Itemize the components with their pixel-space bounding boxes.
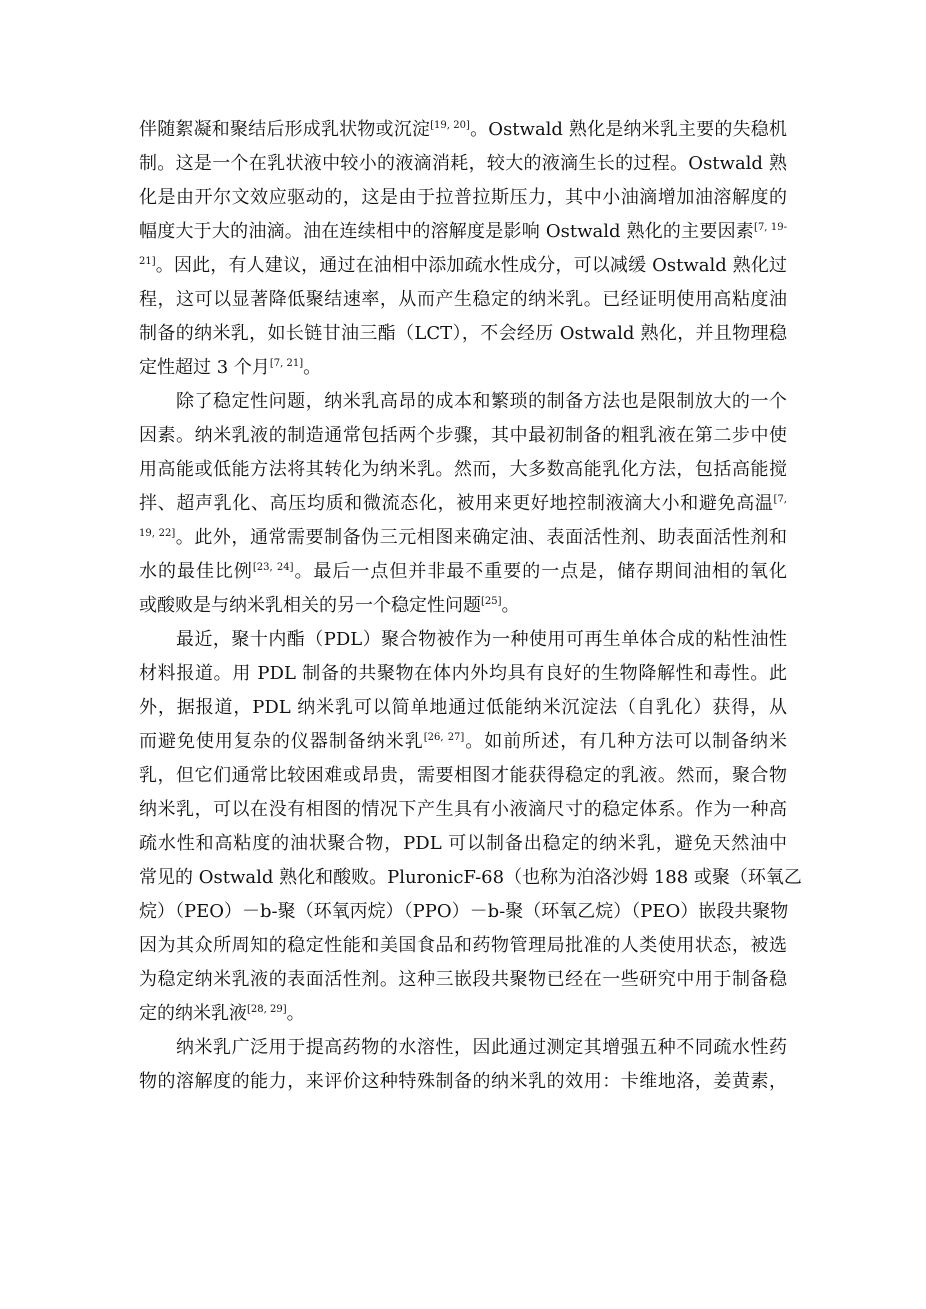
citation: [7, 19- [754,222,787,233]
text-line: 外，据报道，PDL 纳米乳可以简单地通过低能纳米沉淀法（自乳化）获得，从 [139,691,787,725]
citation: [26, 27] [424,732,465,743]
text-line: 用高能或低能方法将其转化为纳米乳。然而，大多数高能乳化方法，包括高能搅 [139,453,787,487]
citation: [28, 29] [247,1004,287,1015]
citation: [23, 24] [253,562,294,573]
text-line: 纳米乳，可以在没有相图的情况下产生具有小液滴尺寸的稳定体系。作为一种高 [139,793,787,827]
text-line: 因素。纳米乳液的制造通常包括两个步骤，其中最初制备的粗乳液在第二步中使 [139,419,787,453]
text-line: 除了稳定性问题，纳米乳高昂的成本和繁琐的制备方法也是限制放大的一个 [139,385,787,419]
citation: [7, [774,494,787,505]
text-line: 21]。因此，有人建议，通过在油相中添加疏水性成分，可以减缓 Ostwald 熟… [139,249,787,283]
text-line: 纳米乳广泛用于提高药物的水溶性，因此通过测定其增强五种不同疏水性药 [139,1031,787,1065]
text-line: 疏水性和高粘度的油状聚合物，PDL 可以制备出稳定的纳米乳，避免天然油中 [139,827,787,861]
text-line: 为稳定纳米乳液的表面活性剂。这种三嵌段共聚物已经在一些研究中用于制备稳 [139,963,787,997]
text-line: 定的纳米乳液[28, 29]。 [139,997,787,1031]
document-page: 伴随絮凝和聚结后形成乳状物或沉淀[19, 20]。Ostwald 熟化是纳米乳主… [139,113,787,1099]
text-line: 19, 22]。此外，通常需要制备伪三元相图来确定油、表面活性剂、助表面活性剂和 [139,521,787,555]
citation: 21] [139,256,156,267]
citation: 19, 22] [139,528,175,539]
text-line: 因为其众所周知的稳定性能和美国食品和药物管理局批准的人类使用状态，被选 [139,929,787,963]
text-line: 常见的 Ostwald 熟化和酸败。PluronicF-68（也称为泊洛沙姆 1… [139,861,787,895]
text-line: 化是由开尔文效应驱动的，这是由于拉普拉斯压力，其中小油滴增加油溶解度的 [139,181,787,215]
text-line: 制备的纳米乳，如长链甘油三酯（LCT），不会经历 Ostwald 熟化，并且物理… [139,317,787,351]
text-line: 或酸败是与纳米乳相关的另一个稳定性问题[25]。 [139,589,787,623]
citation: [19, 20] [430,120,470,131]
text-line: 烷）（PEO）－b-聚（环氧丙烷）（PPO）－b-聚（环氧乙烷）（PEO）嵌段共… [139,895,787,929]
text-line: 最近，聚十内酯（PDL）聚合物被作为一种使用可再生单体合成的粘性油性 [139,623,787,657]
text-line: 定性超过 3 个月[7, 21]。 [139,351,787,385]
paragraph-solubility-evaluation: 纳米乳广泛用于提高药物的水溶性，因此通过测定其增强五种不同疏水性药物的溶解度的能… [139,1031,787,1099]
text-line: 幅度大于大的油滴。油在连续相中的溶解度是影响 Ostwald 熟化的主要因素[7… [139,215,787,249]
citation: [7, 21] [270,358,303,369]
paragraph-pdl-polymer: 最近，聚十内酯（PDL）聚合物被作为一种使用可再生单体合成的粘性油性材料报道。用… [139,623,787,1031]
citation: [25] [481,596,502,607]
text-line: 伴随絮凝和聚结后形成乳状物或沉淀[19, 20]。Ostwald 熟化是纳米乳主… [139,113,787,147]
text-line: 制。这是一个在乳状液中较小的液滴消耗，较大的液滴生长的过程。Ostwald 熟 [139,147,787,181]
text-line: 程，这可以显著降低聚结速率，从而产生稳定的纳米乳。已经证明使用高粘度油 [139,283,787,317]
text-line: 拌、超声乳化、高压均质和微流态化，被用来更好地控制液滴大小和避免高温[7, [139,487,787,521]
text-line: 乳，但它们通常比较困难或昂贵，需要相图才能获得稳定的乳液。然而，聚合物 [139,759,787,793]
paragraph-ostwald-ripening: 伴随絮凝和聚结后形成乳状物或沉淀[19, 20]。Ostwald 熟化是纳米乳主… [139,113,787,385]
text-line: 物的溶解度的能力，来评价这种特殊制备的纳米乳的效用：卡维地洛，姜黄素， [139,1065,787,1099]
text-line: 水的最佳比例[23, 24]。最后一点但并非最不重要的一点是，储存期间油相的氧化 [139,555,787,589]
paragraph-cost-and-preparation: 除了稳定性问题，纳米乳高昂的成本和繁琐的制备方法也是限制放大的一个因素。纳米乳液… [139,385,787,623]
text-line: 而避免使用复杂的仪器制备纳米乳[26, 27]。如前所述，有几种方法可以制备纳米 [139,725,787,759]
text-line: 材料报道。用 PDL 制备的共聚物在体内外均具有良好的生物降解性和毒性。此 [139,657,787,691]
